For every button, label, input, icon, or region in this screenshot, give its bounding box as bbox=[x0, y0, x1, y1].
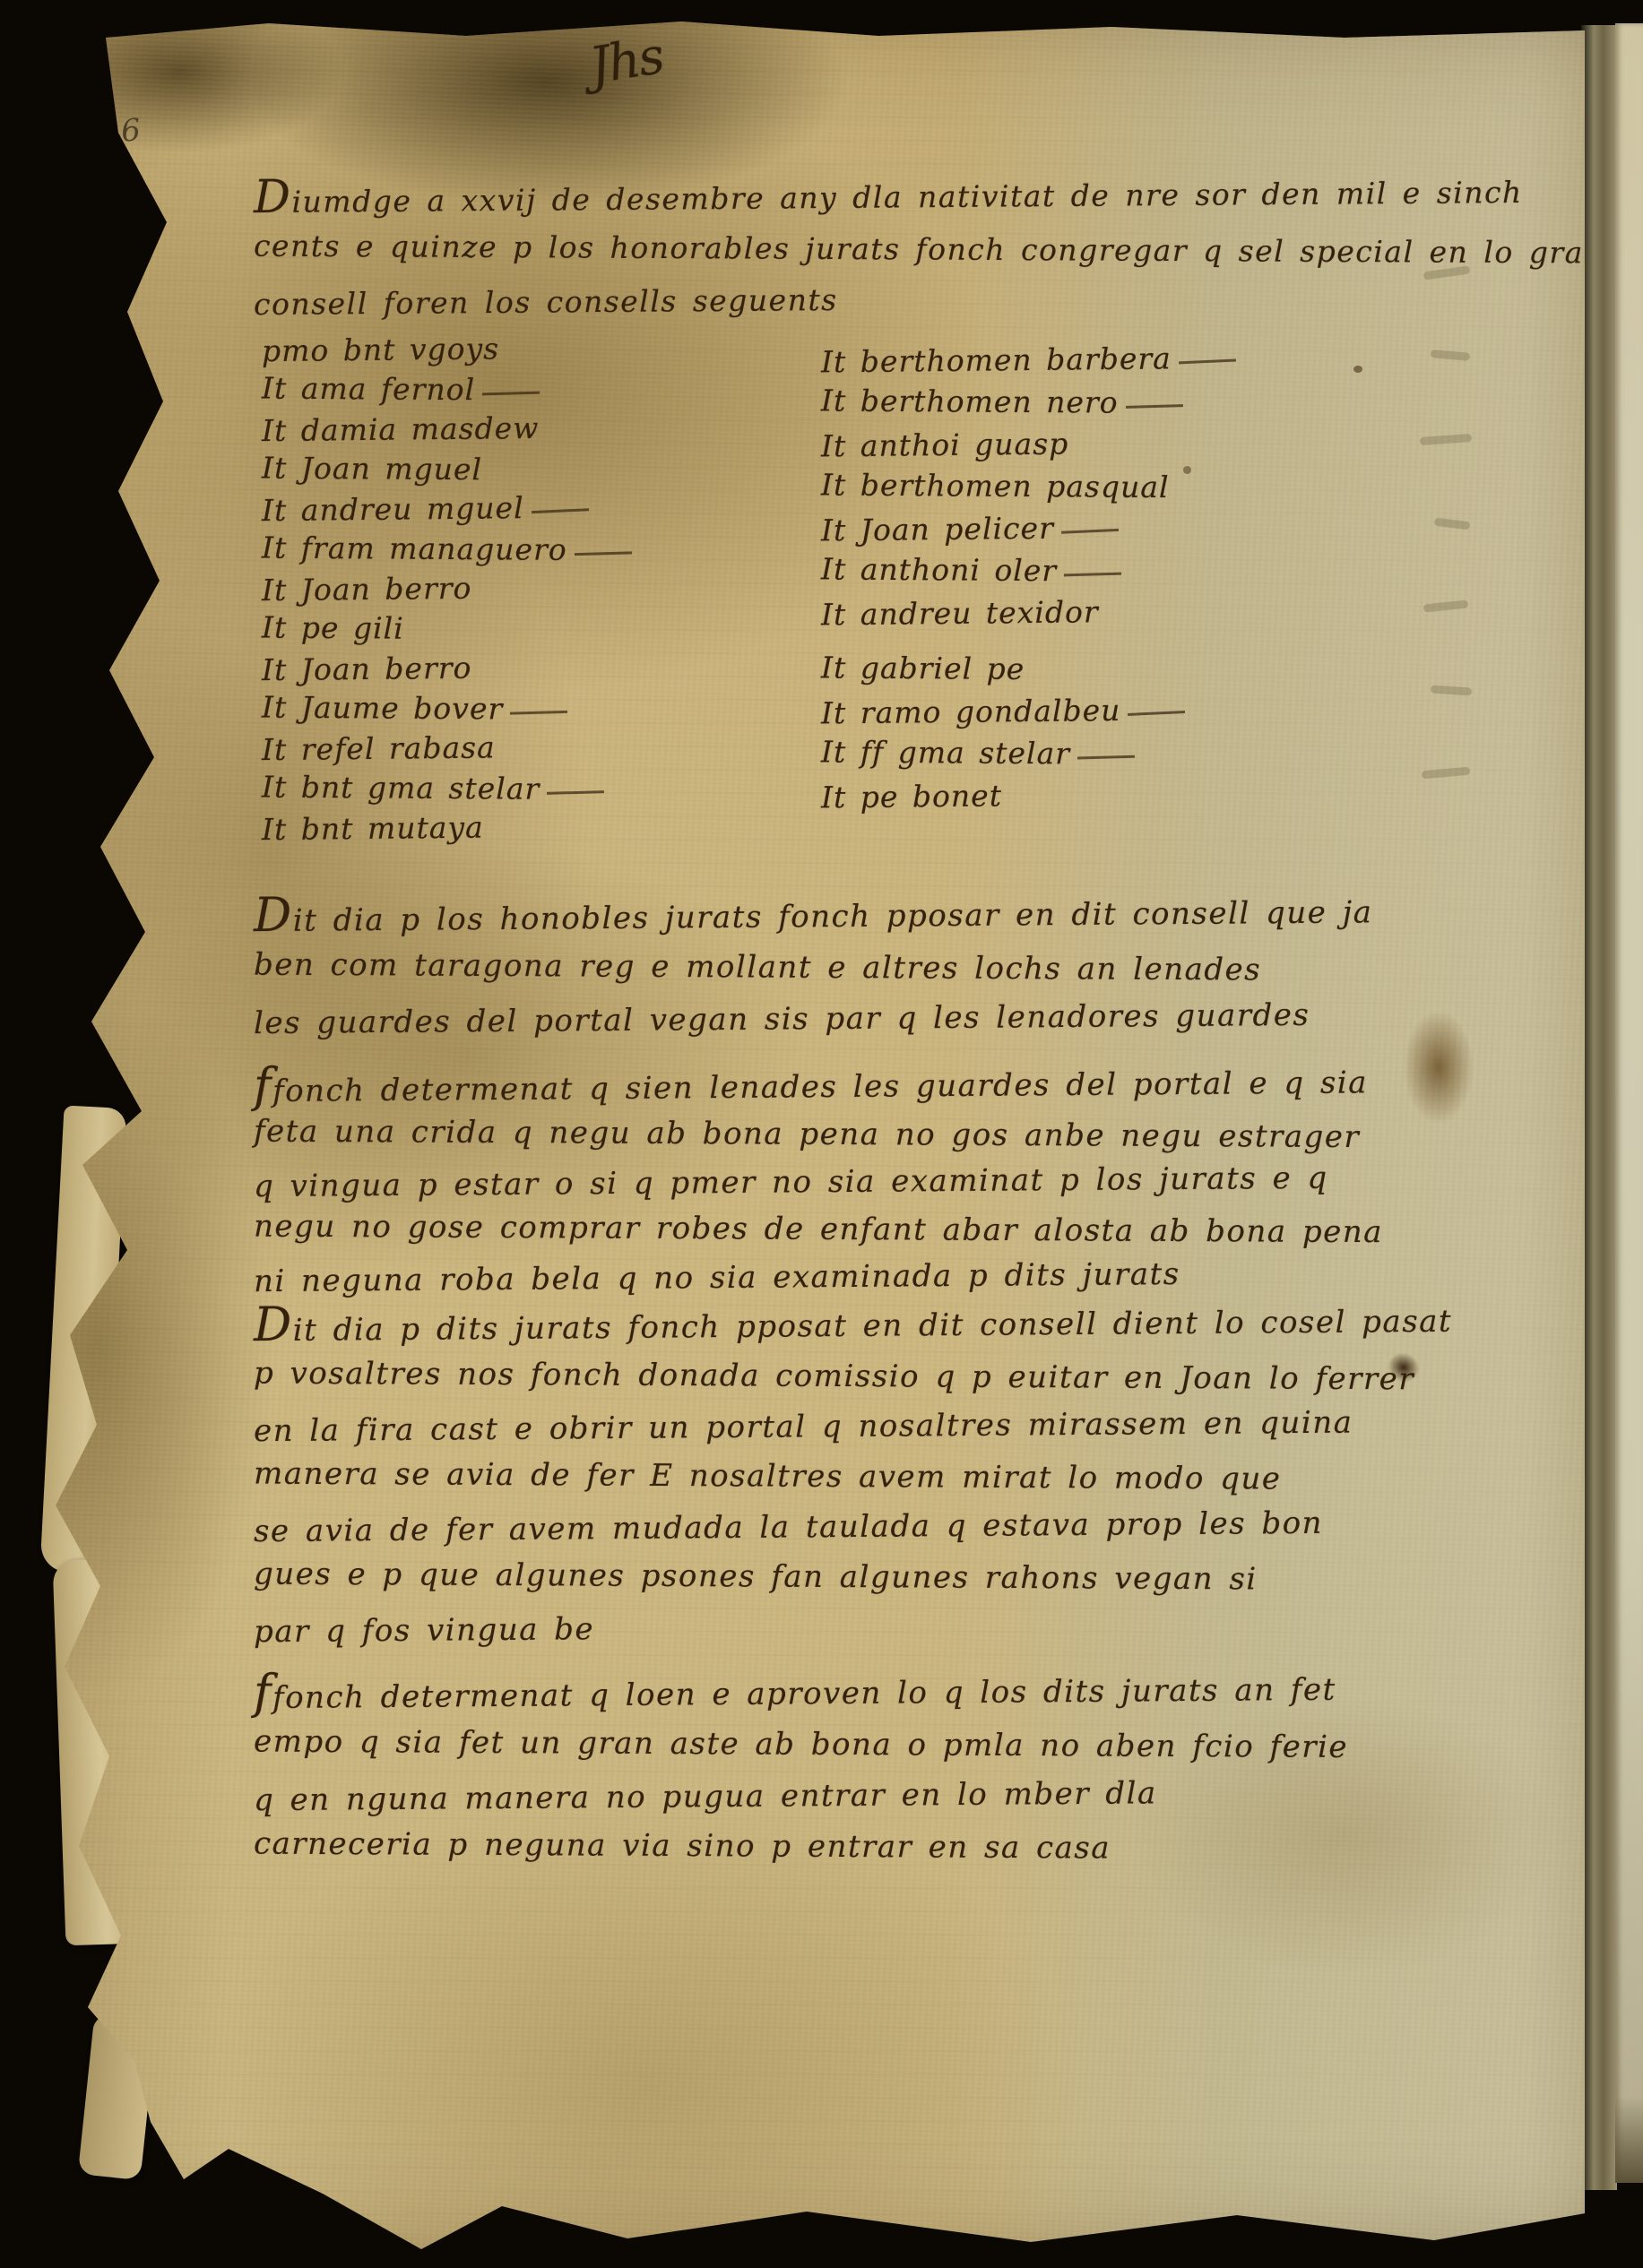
record-line: les guardes del portal vegan sis par q l… bbox=[254, 989, 1419, 1049]
record-line: Dit dia p dits jurats fonch pposat en di… bbox=[254, 1297, 1437, 1356]
council-member-name: It andreu mguel bbox=[262, 487, 632, 531]
record-line: par q fos vingua be bbox=[254, 1598, 1437, 1657]
record-line: p vosaltres nos fonch donada comissio q … bbox=[254, 1349, 1437, 1405]
council-member-name: It fram managuero bbox=[262, 528, 632, 570]
heading-line: Diumdge a xxvij de desembre any dla nati… bbox=[254, 168, 1410, 228]
record-line: manera se avia de fer E nosaltres avem m… bbox=[254, 1449, 1437, 1505]
record-line: negu no gose comprar robes de enfant aba… bbox=[254, 1203, 1428, 1257]
ink-bleedthrough bbox=[1431, 685, 1473, 695]
council-member-name: It anthoni oler bbox=[821, 548, 1236, 592]
record-line: feta una crida q negu ab bona pena no go… bbox=[254, 1108, 1428, 1162]
council-member-name: It bnt gma stelar bbox=[262, 767, 632, 809]
council-member-name: It bnt mutaya bbox=[262, 806, 632, 850]
council-member-name: It pe gili bbox=[262, 608, 632, 650]
council-member-name: pmo bnt vgoys bbox=[262, 328, 632, 372]
ink-speck bbox=[1353, 366, 1362, 373]
manuscript-scan: { "manuscript": { "folio_number": "486",… bbox=[0, 0, 1643, 2268]
ink-bleedthrough bbox=[1431, 349, 1471, 361]
council-member-name: It ama fernol bbox=[262, 368, 632, 410]
record-line: ffonch determenat q sien lenades les gua… bbox=[254, 1059, 1428, 1116]
parchment-sheet: Jhs 486 Diumdge a xxvij de desembre any … bbox=[0, 0, 1643, 2268]
council-member-name: It Joan berro bbox=[262, 567, 632, 611]
record-line: q en nguna manera no pugua entrar en lo … bbox=[254, 1766, 1437, 1826]
council-member-name: It ramo gondalbeu bbox=[821, 688, 1236, 735]
record-paragraph-guards-determination: ffonch determenat q sien lenades les gua… bbox=[254, 1064, 1428, 1301]
council-member-name: It anthoi guasp bbox=[821, 421, 1236, 468]
page-fold-shadow bbox=[1581, 25, 1617, 2190]
council-member-name: It berthomen pasqual bbox=[821, 463, 1236, 508]
record-line: empo q sia fet un gran aste ab bona o pm… bbox=[254, 1717, 1437, 1774]
heading-line: cents e quinze p los honorables jurats f… bbox=[254, 220, 1410, 278]
heading-paragraph: Diumdge a xxvij de desembre any dla nati… bbox=[254, 172, 1410, 325]
council-member-name: It pe bonet bbox=[821, 772, 1236, 819]
folio-number: 486 bbox=[77, 112, 143, 153]
council-members-right-column: It berthomen barbera It berthomen nero I… bbox=[821, 339, 1236, 816]
jhs-monogram: Jhs bbox=[585, 27, 666, 96]
ink-speck bbox=[1183, 466, 1191, 474]
ink-bleedthrough bbox=[1423, 599, 1469, 612]
council-member-name: It Joan pelicer bbox=[821, 505, 1236, 552]
council-member-name: It andreu texidor bbox=[821, 590, 1236, 636]
council-member-name: It Jaume bover bbox=[262, 687, 632, 729]
record-line: se avia de fer avem mudada la taulada q … bbox=[254, 1497, 1437, 1557]
council-member-name: It Joan mguel bbox=[262, 448, 632, 490]
record-line: en la fira cast e obrir un portal q nosa… bbox=[254, 1397, 1437, 1456]
record-line: ffonch determenat q loen e aproven lo q … bbox=[254, 1664, 1437, 1724]
council-member-name: It berthomen nero bbox=[821, 379, 1236, 424]
record-paragraph-portal-proposal: Dit dia p dits jurats fonch pposat en di… bbox=[254, 1301, 1437, 1652]
record-line: q vingua p estar o si q pmer no sia exam… bbox=[254, 1154, 1428, 1211]
pencil-note: 422 bbox=[174, 2171, 232, 2207]
record-line: ben com taragona reg e mollant e altres … bbox=[254, 940, 1419, 997]
record-paragraph-portal-determination: ffonch determenat q loen e aproven lo q … bbox=[254, 1669, 1437, 1873]
council-members-left-column: pmo bnt vgoys It ama fernol It damia mas… bbox=[262, 330, 632, 849]
ink-bleedthrough bbox=[1422, 767, 1471, 780]
council-member-name: It refel rabasa bbox=[262, 727, 632, 771]
council-member-name: It gabriel pe bbox=[821, 646, 1236, 691]
record-line: carneceria p neguna via sino p entrar en… bbox=[254, 1819, 1437, 1876]
ink-bleedthrough bbox=[1434, 518, 1471, 530]
record-paragraph-guards-proposal: Dit dia p los honobles jurats fonch ppos… bbox=[254, 892, 1419, 1045]
record-line: gues e p que algunes psones fan algunes … bbox=[254, 1549, 1437, 1606]
council-member-name: It damia masdew bbox=[262, 408, 632, 452]
council-member-name: It Joan berro bbox=[262, 647, 632, 691]
record-line: Dit dia p los honobles jurats fonch ppos… bbox=[254, 887, 1419, 947]
adjacent-page-edge bbox=[1615, 23, 1643, 2183]
council-member-name: It ff gma stelar bbox=[821, 730, 1236, 775]
council-member-name: It berthomen barbera bbox=[821, 337, 1236, 384]
heading-line: consell foren los consells seguents bbox=[254, 270, 1410, 330]
brown-stain bbox=[1404, 1011, 1474, 1124]
ink-bleedthrough bbox=[1420, 434, 1472, 445]
